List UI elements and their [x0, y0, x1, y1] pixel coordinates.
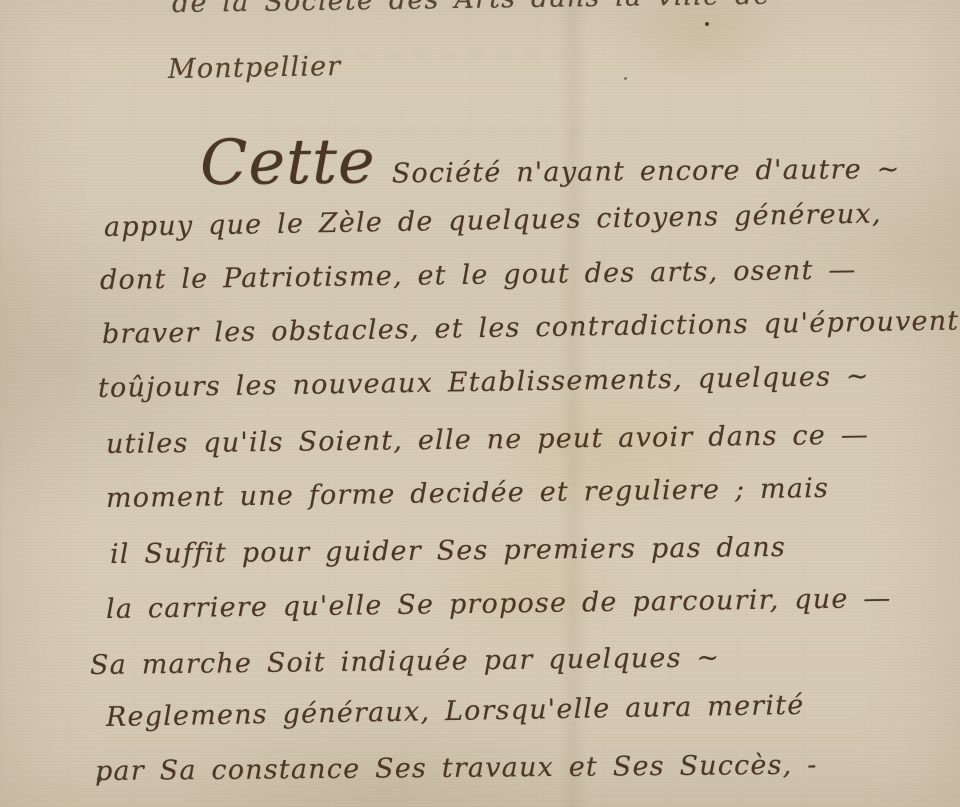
manuscript-line-8: utiles qu'ils Soient, elle ne peut avoir…	[106, 420, 869, 460]
manuscript-line-11: la carriere qu'elle Se propose de parcou…	[106, 583, 892, 625]
manuscript-line-1: de la Société des Arts dans la ville de	[172, 0, 771, 19]
manuscript-line-10: il Suffit pour guider Ses premiers pas d…	[110, 532, 786, 570]
manuscript-line-2: Montpellier	[168, 51, 342, 85]
opening-word: Cette	[200, 124, 376, 199]
manuscript-line-4: appuy que le Zèle de quelques citoyens g…	[104, 198, 882, 243]
manuscript-page: { "manuscript": { "language": "French", …	[0, 0, 960, 807]
manuscript-line-3-text: Société n'ayant encore d'autre ~	[392, 154, 901, 189]
paper-crease	[558, 0, 588, 807]
manuscript-line-14: par Sa constance Ses travaux et Ses Succ…	[95, 750, 818, 787]
manuscript-line-3: Cette Société n'ayant encore d'autre ~	[200, 120, 901, 199]
manuscript-paper: ~ ~ ~ ~ ~ ~ ~ ~ ~ ~ ~ ~ ~ ~ ~ ~ ~ ~ ~ ~ …	[0, 0, 960, 807]
manuscript-line-13: Reglemens généraux, Lorsqu'elle aura mer…	[106, 690, 805, 733]
ink-speck	[624, 77, 627, 80]
manuscript-line-9: moment une forme decidée et reguliere ; …	[106, 473, 829, 514]
manuscript-line-12: Sa marche Soit indiquée par quelques ~	[90, 642, 721, 681]
manuscript-line-5: dont le Patriotisme, et le gout des arts…	[100, 254, 857, 296]
ink-speck	[705, 22, 709, 26]
manuscript-line-7: toûjours les nouveaux Etablissements, qu…	[98, 361, 870, 404]
manuscript-line-6: braver les obstacles, et les contradicti…	[102, 306, 960, 350]
